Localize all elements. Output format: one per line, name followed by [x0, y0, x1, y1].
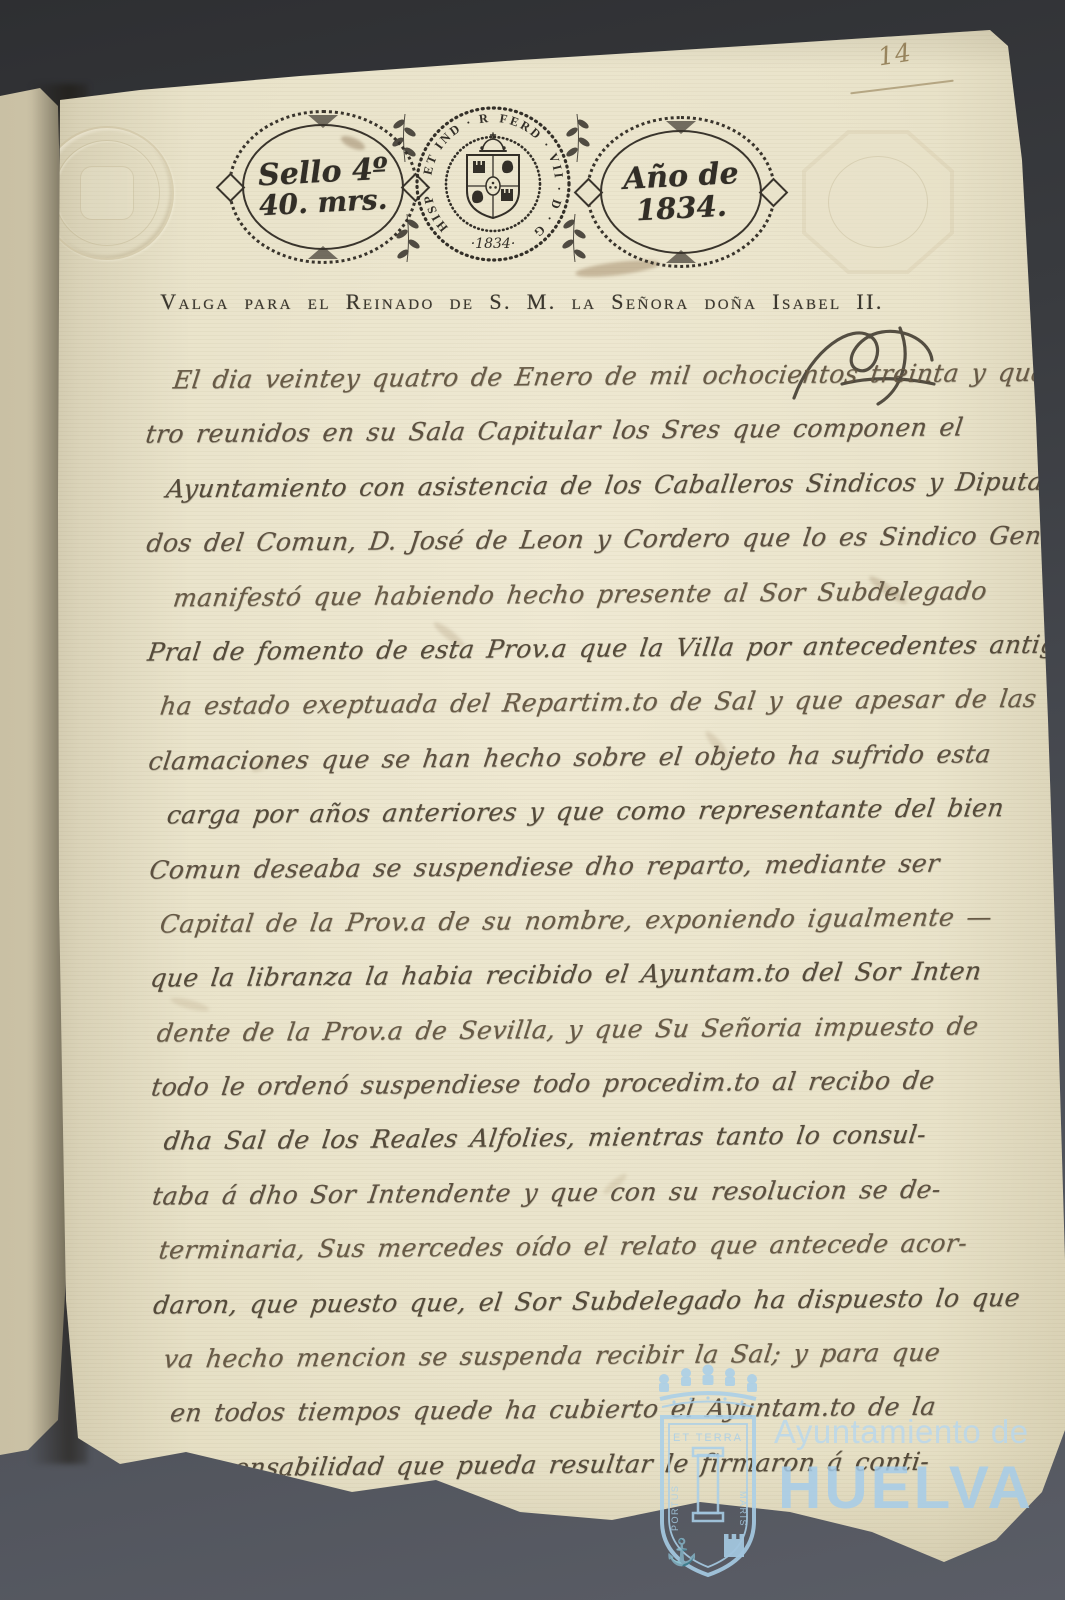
- revenue-stamp-sello: Sello 4º 40. mrs.: [228, 110, 418, 264]
- laurel-sprig-icon: [392, 112, 418, 164]
- manuscript-line: El dia veintey quatro de Enero de mil oc…: [170, 346, 969, 407]
- stamp-ornament-icon: [574, 178, 604, 208]
- manuscript-line: responsabilidad que pueda resultar le fi…: [173, 1434, 978, 1495]
- manuscript-line: dente de la Prov.a de Sevilla, y que Su …: [153, 999, 974, 1061]
- manuscript-line: dos del Comun, D. José de Leon y Cordero…: [143, 510, 970, 572]
- stamp-year-value: 1834.: [635, 190, 727, 225]
- manuscript-line: en todos tiempos quede ha cubierto el Ay…: [167, 1380, 978, 1441]
- manuscript-line: clamaciones que se han hecho sobre el ob…: [145, 727, 972, 789]
- manuscript-line: carga por años anteriores y que como rep…: [163, 782, 972, 843]
- manuscript-line: daron, que puesto que, el Sor Subdelegad…: [150, 1271, 977, 1333]
- document-photo: 14 Sello 4º 40. mrs.: [0, 0, 1065, 1600]
- laurel-sprig-icon: [562, 212, 588, 264]
- blind-embossed-seal-left: [40, 126, 174, 260]
- laurel-sprig-icon: [394, 212, 420, 264]
- manuscript-line: Capital de la Prov.a de su nombre, expon…: [156, 890, 973, 952]
- year-stamp: Año de 1834.: [586, 116, 776, 268]
- manuscript-line: dha Sal de los Reales Alfolies, mientras…: [160, 1108, 975, 1170]
- anchor-icon: ⚓: [666, 1537, 698, 1568]
- stamp-inner-ring: Año de 1834.: [600, 130, 762, 254]
- manuscript-line: todo le ordenó suspendiese todo procedim…: [148, 1053, 975, 1115]
- paper-sheet: 14 Sello 4º 40. mrs.: [0, 0, 1065, 1600]
- stamp-ornament-icon: [759, 178, 789, 208]
- manuscript-line: tro reunidos en su Sala Capitular los Sr…: [142, 401, 969, 463]
- blind-embossed-seal-right: [802, 130, 954, 274]
- manuscript-line: manifestó que habiendo hecho presente al…: [170, 564, 971, 625]
- manuscript-line: Comun deseaba se suspendiese dho reparto…: [146, 836, 973, 898]
- laurel-sprig-icon: [564, 112, 590, 164]
- page-number: 14: [876, 38, 914, 72]
- stamp-inner-ring: Sello 4º 40. mrs.: [242, 124, 404, 250]
- manuscript-line: Ayuntamiento con asistencia de los Cabal…: [163, 455, 970, 516]
- printed-heading: Valga para el Reinado de S. M. la Señora…: [126, 289, 918, 315]
- manuscript-line: va hecho mencion se suspenda recibir la …: [160, 1325, 977, 1387]
- manuscript-line: ha estado exeptuada del Repartim.to de S…: [157, 673, 972, 735]
- seal-year: ·1834·: [471, 236, 516, 252]
- manuscript-line: terminaria, Sus mercedes oído el relato …: [155, 1217, 976, 1279]
- royal-coat-of-arms-seal: FERD · VII · D · G HISP · ET IND · R ·18…: [408, 96, 578, 272]
- seal-legend-right: FERD · VII · D · G: [499, 111, 567, 241]
- stamp-ornament-icon: [216, 173, 246, 203]
- page-number-underline: [850, 80, 953, 95]
- svg-text:FERD · VII · D · G: FERD · VII · D · G: [499, 111, 567, 241]
- manuscript-line: taba á dho Sor Intendente y que con su r…: [149, 1162, 976, 1224]
- manuscript-line: que la libranza la habia recibido el Ayu…: [147, 945, 974, 1007]
- manuscript-text: El dia veintey quatro de Enero de mil oc…: [145, 346, 975, 1495]
- stamp-value-label: 40. mrs.: [258, 185, 388, 221]
- manuscript-line: Pral de fomento de esta Prov.a que la Vi…: [144, 618, 971, 680]
